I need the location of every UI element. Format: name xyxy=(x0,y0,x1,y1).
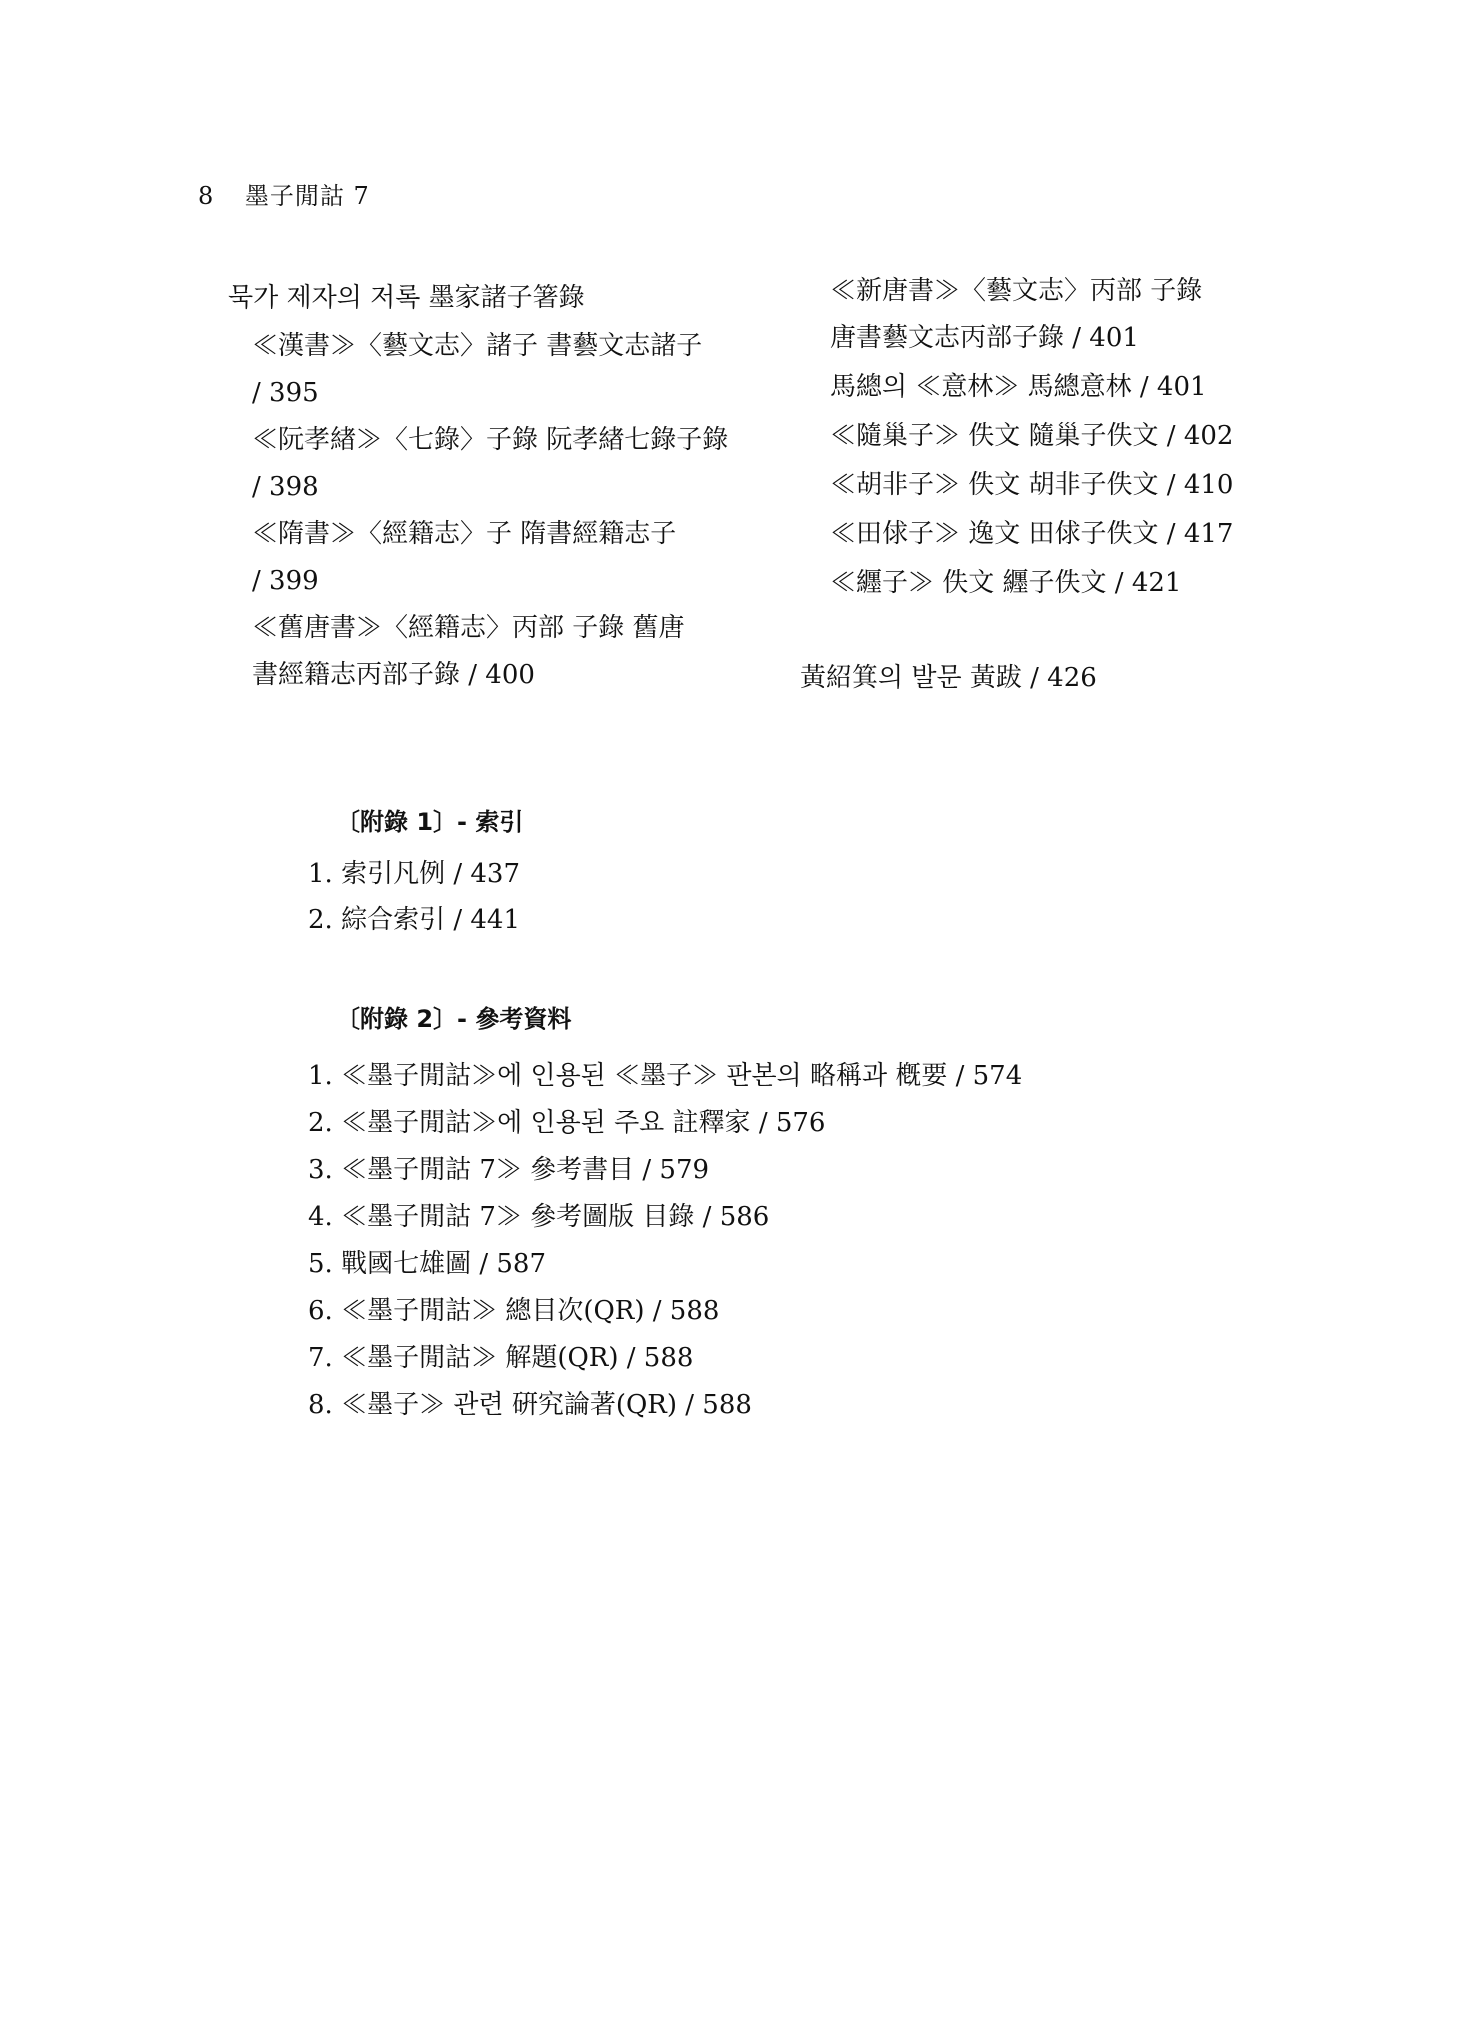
appendix2-item: 1. ≪墨子閒詁≫에 인용된 ≪墨子≫ 판본의 略稱과 槪要 / 574 xyxy=(308,1060,1022,1092)
page-number: 8 xyxy=(198,182,214,210)
toc-entry: ≪纒子≫ 佚文 纒子佚文 / 421 xyxy=(830,567,1181,599)
toc-entry: ≪隋書≫〈經籍志〉子 隋書經籍志子 xyxy=(252,518,676,550)
toc-entry: ≪田俅子≫ 逸文 田俅子佚文 / 417 xyxy=(830,518,1233,550)
toc-entry-afterword: 黃紹箕의 발문 黃跋 / 426 xyxy=(800,662,1097,694)
toc-entry: ≪阮孝緖≫〈七錄〉子錄 阮孝緖七錄子錄 xyxy=(252,424,728,456)
toc-entry: ≪隨巢子≫ 佚文 隨巢子佚文 / 402 xyxy=(830,420,1233,452)
appendix2-title: 〔附錄 2〕- 參考資料 xyxy=(336,1003,571,1035)
toc-entry-page: / 398 xyxy=(252,471,319,503)
page-header: 8 墨子閒詁 7 xyxy=(198,176,370,211)
appendix2-item: 4. ≪墨子閒詁 7≫ 參考圖版 目錄 / 586 xyxy=(308,1201,769,1233)
toc-entry: ≪漢書≫〈藝文志〉諸子 書藝文志諸子 xyxy=(252,330,702,362)
appendix1-item: 1. 索引凡例 / 437 xyxy=(308,858,520,890)
toc-entry: ≪舊唐書≫〈經籍志〉丙部 子錄 舊唐 xyxy=(252,612,685,644)
appendix2-item: 8. ≪墨子≫ 관련 硏究論著(QR) / 588 xyxy=(308,1389,752,1421)
appendix2-item: 5. 戰國七雄圖 / 587 xyxy=(308,1248,546,1280)
toc-entry: ≪胡非子≫ 佚文 胡非子佚文 / 410 xyxy=(830,469,1233,501)
appendix1-item: 2. 綜合索引 / 441 xyxy=(308,904,520,936)
section-title-mohist-disciples: 묵가 제자의 저록 墨家諸子箸錄 xyxy=(228,282,585,314)
running-title: 墨子閒詁 7 xyxy=(245,182,370,210)
toc-entry-page: / 399 xyxy=(252,565,319,597)
toc-entry-page: 書經籍志丙部子錄 / 400 xyxy=(252,659,535,691)
toc-entry: 馬總의 ≪意林≫ 馬總意林 / 401 xyxy=(830,371,1207,403)
appendix1-title: 〔附錄 1〕- 索引 xyxy=(336,806,523,838)
appendix2-item: 2. ≪墨子閒詁≫에 인용된 주요 註釋家 / 576 xyxy=(308,1107,825,1139)
appendix2-item: 7. ≪墨子閒詁≫ 解題(QR) / 588 xyxy=(308,1342,693,1374)
toc-entry-page: 唐書藝文志丙部子錄 / 401 xyxy=(830,322,1139,354)
appendix2-item: 3. ≪墨子閒詁 7≫ 參考書目 / 579 xyxy=(308,1154,709,1186)
appendix2-item: 6. ≪墨子閒詁≫ 總目次(QR) / 588 xyxy=(308,1295,719,1327)
toc-entry: ≪新唐書≫〈藝文志〉丙部 子錄 xyxy=(830,275,1202,307)
toc-entry-page: / 395 xyxy=(252,377,319,409)
